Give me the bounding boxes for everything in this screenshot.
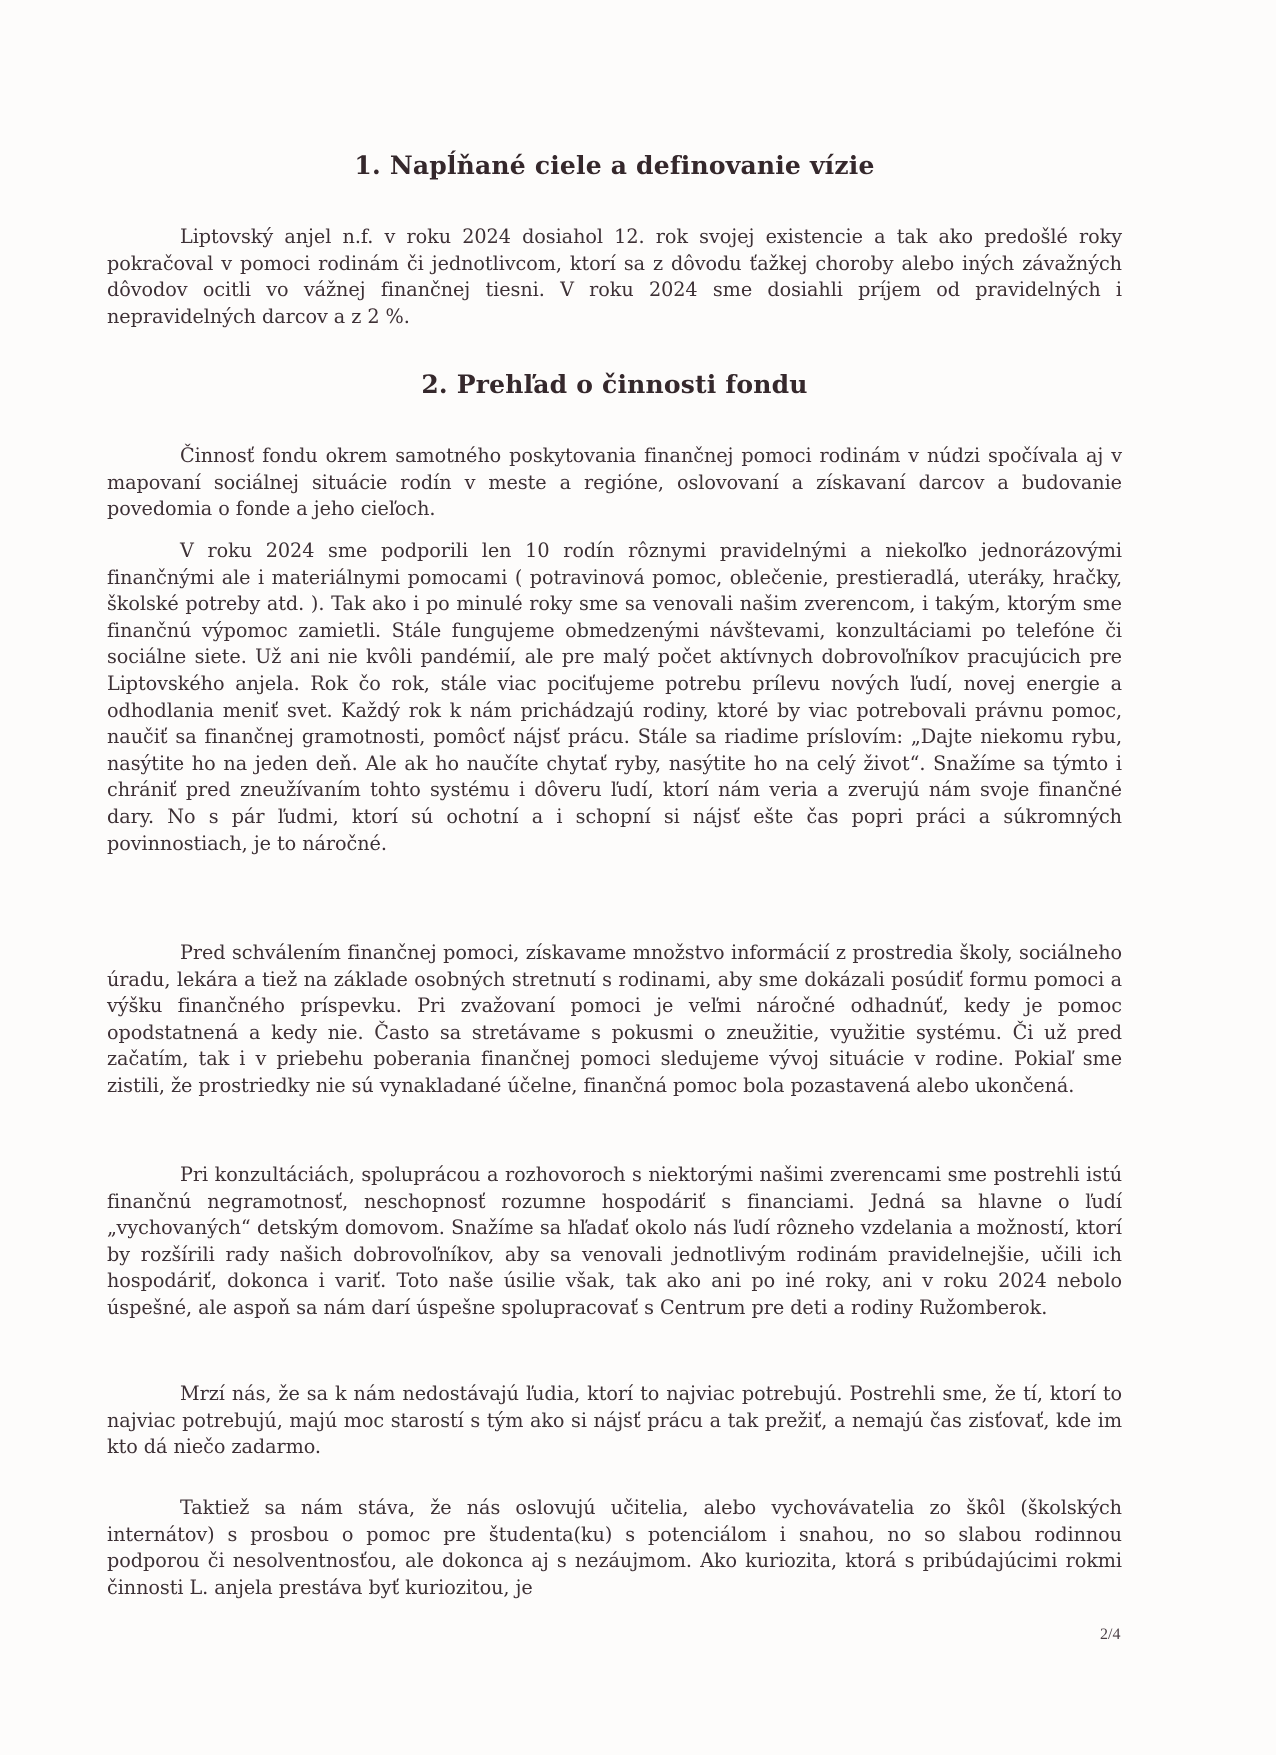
paragraph-teachers: Taktiež sa nám stáva, že nás oslovujú uč…	[107, 1495, 1122, 1601]
section-heading-goals-vision: 1. Napĺňané ciele a definovanie vízie	[107, 151, 1122, 181]
paragraph-outreach: Mrzí nás, že sa k nám nedostávajú ľudia,…	[107, 1381, 1122, 1461]
paragraph-intro: Liptovský anjel n.f. v roku 2024 dosiaho…	[107, 224, 1122, 330]
paragraph-approval-process: Pred schválením finančnej pomoci, získav…	[107, 940, 1122, 1100]
page-number: 2/4	[1100, 1626, 1120, 1644]
paragraph-financial-literacy: Pri konzultáciách, spoluprácou a rozhovo…	[107, 1162, 1122, 1322]
section-heading-activity-overview: 2. Prehľad o činnosti fondu	[107, 370, 1122, 400]
paragraph-activity: Činnosť fondu okrem samotného poskytovan…	[107, 443, 1122, 523]
paragraph-supported-families: V roku 2024 sme podporili len 10 rodín r…	[107, 538, 1122, 857]
